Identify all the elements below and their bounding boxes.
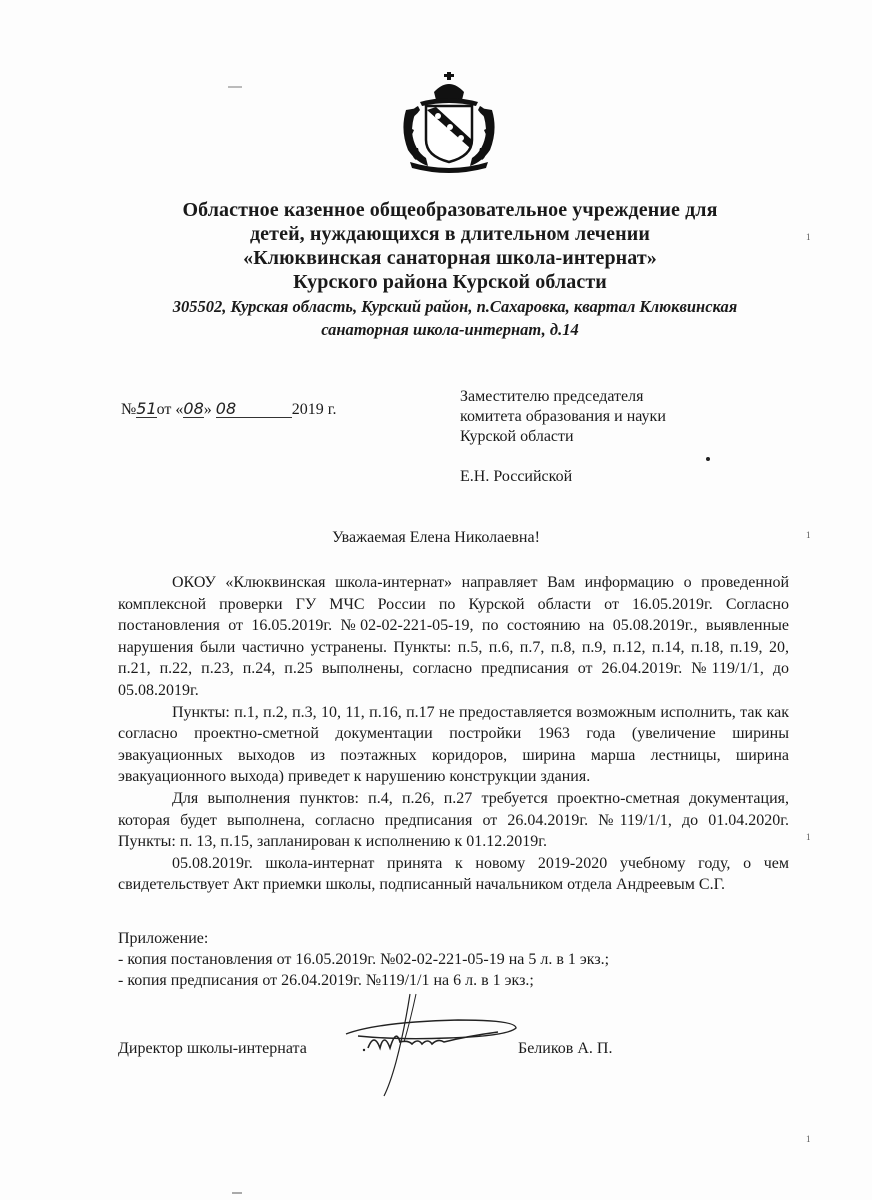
- letterhead-line: Областное казенное общеобразовательное у…: [120, 198, 780, 222]
- scan-artifact: [228, 86, 242, 88]
- coat-of-arms-icon: [396, 70, 502, 176]
- signer-name: Беликов А. П.: [518, 1040, 612, 1058]
- margin-mark: 1: [806, 832, 811, 842]
- letterhead-line: «Клюквинская санаторная школа-интернат»: [120, 246, 780, 270]
- date-year: 2019 г.: [292, 401, 337, 418]
- body-paragraph: ОКОУ «Клюквинская школа-интернат» направ…: [118, 572, 789, 702]
- outgoing-number: 51: [136, 401, 156, 418]
- close-quote: »: [204, 401, 212, 418]
- from-label: от «: [157, 401, 184, 418]
- body-paragraph: Для выполнения пунктов: п.4, п.26, п.27 …: [118, 788, 789, 853]
- handwritten-signature-icon: [338, 992, 518, 1102]
- address-line: 305502, Курская область, Курский район, …: [90, 295, 820, 318]
- letterhead: Областное казенное общеобразовательное у…: [120, 198, 780, 341]
- number-sign: №: [121, 401, 136, 418]
- margin-mark: 1: [806, 530, 811, 540]
- salutation: Уважаемая Елена Николаевна!: [0, 529, 872, 547]
- letterhead-line: детей, нуждающихся в длительном лечении: [120, 222, 780, 246]
- recipient-line: комитета образования и науки: [460, 407, 666, 427]
- ink-dot: [706, 457, 710, 461]
- date-day: 08: [183, 401, 203, 418]
- body-paragraph: Пункты: п.1, п.2, п.3, 10, 11, п.16, п.1…: [118, 702, 789, 788]
- margin-mark: 1: [806, 232, 811, 242]
- attachment-item: - копия постановления от 16.05.2019г. №0…: [118, 949, 609, 970]
- signer-position: Директор школы-интерната: [118, 1040, 307, 1058]
- recipient-line: Заместителю председателя: [460, 387, 666, 407]
- address-line: санаторная школа-интернат, д.14: [120, 318, 780, 341]
- date-month: 08: [216, 401, 292, 418]
- recipient-block: Заместителю председателя комитета образо…: [460, 387, 666, 487]
- recipient-name: Е.Н. Российской: [460, 467, 666, 487]
- document-page: Областное казенное общеобразовательное у…: [0, 0, 872, 1200]
- recipient-line: Курской области: [460, 427, 666, 447]
- letter-body: ОКОУ «Клюквинская школа-интернат» направ…: [118, 572, 789, 896]
- attachments-title: Приложение:: [118, 928, 609, 949]
- body-paragraph: 05.08.2019г. школа-интернат принята к но…: [118, 853, 789, 896]
- attachment-item: - копия предписания от 26.04.2019г. №119…: [118, 970, 609, 991]
- letterhead-line: Курского района Курской области: [120, 270, 780, 294]
- scan-artifact: [232, 1192, 242, 1194]
- margin-mark: 1: [806, 1134, 811, 1144]
- registration-number: №51от «08» 082019 г.: [121, 401, 337, 419]
- attachments-list: Приложение: - копия постановления от 16.…: [118, 928, 609, 991]
